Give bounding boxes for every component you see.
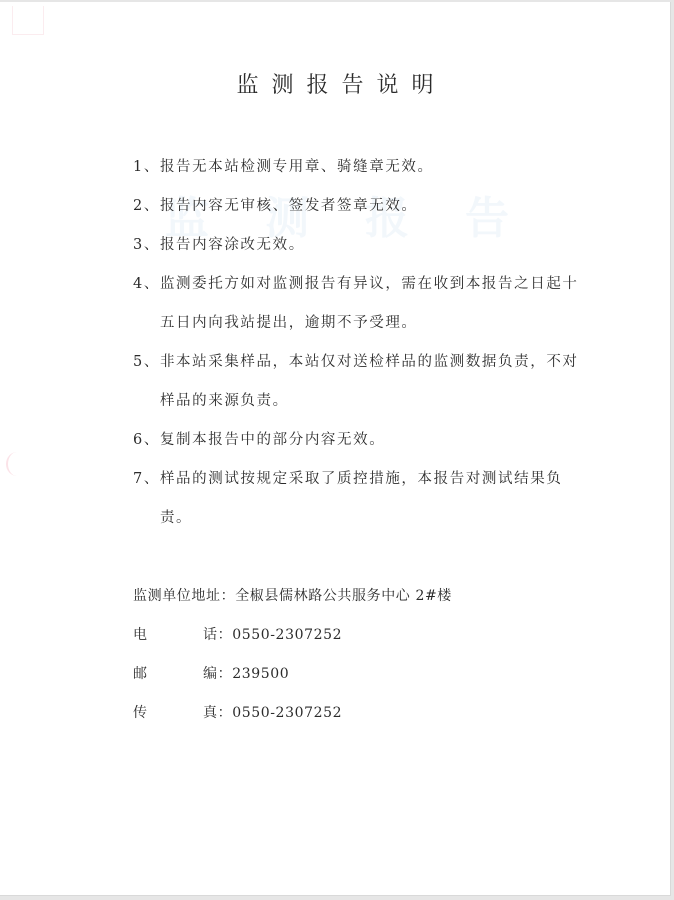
- note-text: 报告内容涂改无效。: [160, 226, 583, 265]
- note-item-5: 5、 非本站采集样品，本站仅对送检样品的监测数据负责，不对 样品的来源负责。: [133, 343, 583, 421]
- note-text: 报告内容无审核、签发者签章无效。: [160, 187, 583, 226]
- note-text: 报告无本站检测专用章、骑缝章无效。: [160, 148, 583, 187]
- note-number: 4、: [133, 265, 160, 343]
- page-title: 监测报告说明: [0, 68, 670, 99]
- phone-value: 0550-2307252: [232, 616, 342, 655]
- note-text: 复制本报告中的部分内容无效。: [160, 421, 583, 460]
- fax-value: 0550-2307252: [232, 694, 342, 733]
- note-number: 5、: [133, 343, 160, 421]
- note-text-line: 五日内向我站提出，逾期不予受理。: [160, 315, 418, 331]
- address-label: 监测单位地址：: [133, 577, 235, 616]
- note-number: 6、: [133, 421, 160, 460]
- contact-info: 监测单位地址： 全椒县儒林路公共服务中心 2#楼 电 话： 0550-23072…: [133, 577, 452, 733]
- note-text-line: 监测委托方如对监测报告有异议，需在收到本报告之日起十: [160, 276, 579, 292]
- postcode-row: 邮 编： 239500: [133, 655, 452, 694]
- ghost-seal-mark: [6, 452, 28, 476]
- note-item-6: 6、 复制本报告中的部分内容无效。: [133, 421, 583, 460]
- note-item-2: 2、 报告内容无审核、签发者签章无效。: [133, 187, 583, 226]
- address-row: 监测单位地址： 全椒县儒林路公共服务中心 2#楼: [133, 577, 452, 616]
- note-text: 非本站采集样品，本站仅对送检样品的监测数据负责，不对 样品的来源负责。: [160, 343, 583, 421]
- note-number: 1、: [133, 148, 160, 187]
- note-number: 7、: [133, 460, 160, 538]
- postcode-value: 239500: [232, 655, 289, 694]
- fax-row: 传 真： 0550-2307252: [133, 694, 452, 733]
- note-text-line: 非本站采集样品，本站仅对送检样品的监测数据负责，不对: [160, 354, 579, 370]
- note-item-4: 4、 监测委托方如对监测报告有异议，需在收到本报告之日起十 五日内向我站提出，逾…: [133, 265, 583, 343]
- note-text: 监测委托方如对监测报告有异议，需在收到本报告之日起十 五日内向我站提出，逾期不予…: [160, 265, 583, 343]
- address-value: 全椒县儒林路公共服务中心 2#楼: [235, 577, 452, 616]
- ghost-stamp-corner: [12, 6, 44, 35]
- phone-label-b: 话：: [203, 616, 232, 655]
- postcode-label-a: 邮: [133, 655, 203, 694]
- note-text-line: 样品的来源负责。: [160, 393, 289, 409]
- note-item-7: 7、 样品的测试按规定采取了质控措施，本报告对测试结果负责。: [133, 460, 583, 538]
- note-text: 样品的测试按规定采取了质控措施，本报告对测试结果负责。: [160, 460, 583, 538]
- note-item-1: 1、 报告无本站检测专用章、骑缝章无效。: [133, 148, 583, 187]
- note-number: 3、: [133, 226, 160, 265]
- phone-row: 电 话： 0550-2307252: [133, 616, 452, 655]
- document-page: 监测报告 监测报告说明 1、 报告无本站检测专用章、骑缝章无效。 2、 报告内容…: [0, 2, 671, 896]
- fax-label-b: 真：: [203, 694, 232, 733]
- fax-label-a: 传: [133, 694, 203, 733]
- postcode-label-b: 编：: [203, 655, 232, 694]
- note-number: 2、: [133, 187, 160, 226]
- notes-list: 1、 报告无本站检测专用章、骑缝章无效。 2、 报告内容无审核、签发者签章无效。…: [133, 148, 583, 538]
- phone-label-a: 电: [133, 616, 203, 655]
- note-item-3: 3、 报告内容涂改无效。: [133, 226, 583, 265]
